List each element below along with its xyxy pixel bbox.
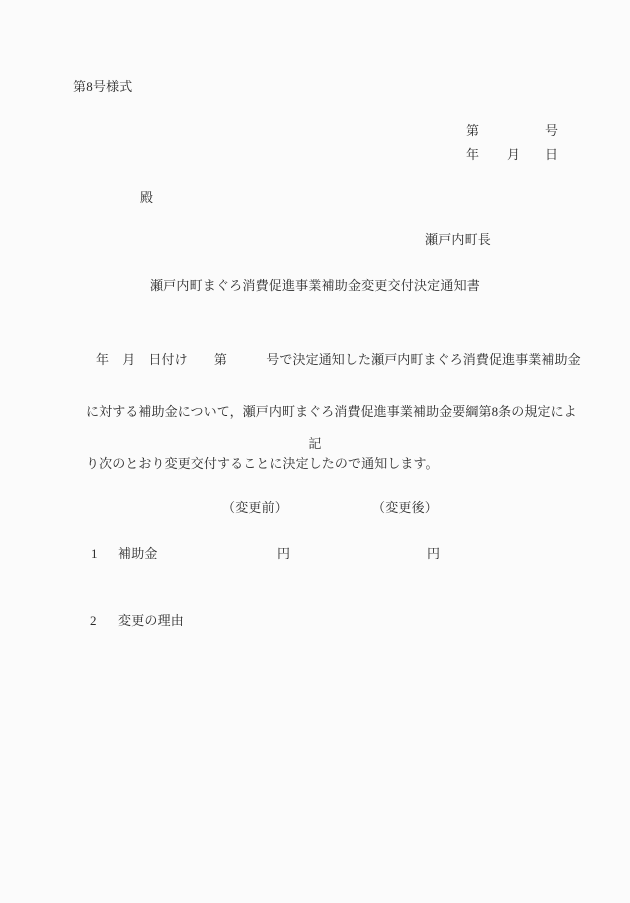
- item-1-number: 1: [91, 547, 98, 561]
- doc-number-prefix: 第: [466, 124, 479, 138]
- column-after-label: （変更後）: [372, 501, 438, 515]
- item-1-after-unit: 円: [427, 547, 440, 561]
- date-month-label: 月: [507, 148, 520, 162]
- body-paragraph: 年 月 日付け 第 号で決定通知した瀬戸内町まぐろ消費促進事業補助金 に対する補…: [86, 320, 581, 504]
- date-year-label: 年: [466, 148, 479, 162]
- item-1-label: 補助金: [118, 547, 158, 561]
- date-day-label: 日: [545, 148, 558, 162]
- body-line-1: 年 月 日付け 第 号で決定通知した瀬戸内町まぐろ消費促進事業補助金: [86, 348, 581, 372]
- item-2-number: 2: [90, 614, 97, 628]
- sender-title: 瀬戸内町長: [425, 233, 491, 247]
- body-line-2: に対する補助金について，瀬戸内町まぐろ消費促進事業補助金要綱第8条の規定によ: [86, 400, 581, 424]
- column-before-label: （変更前）: [222, 501, 288, 515]
- document-page: 第8号様式 第 号 年 月 日 殿 瀬戸内町長 瀬戸内町まぐろ消費促進事業補助金…: [0, 0, 630, 903]
- doc-number-suffix: 号: [545, 124, 558, 138]
- form-number-label: 第8号様式: [73, 80, 133, 94]
- item-1-before-unit: 円: [277, 547, 290, 561]
- addressee-honorific: 殿: [140, 191, 153, 205]
- record-heading: 記: [0, 437, 630, 451]
- item-2-label: 変更の理由: [118, 614, 184, 628]
- document-title: 瀬戸内町まぐろ消費促進事業補助金変更交付決定通知書: [0, 279, 630, 293]
- body-line-3: り次のとおり変更交付することに決定したので通知します。: [86, 452, 581, 476]
